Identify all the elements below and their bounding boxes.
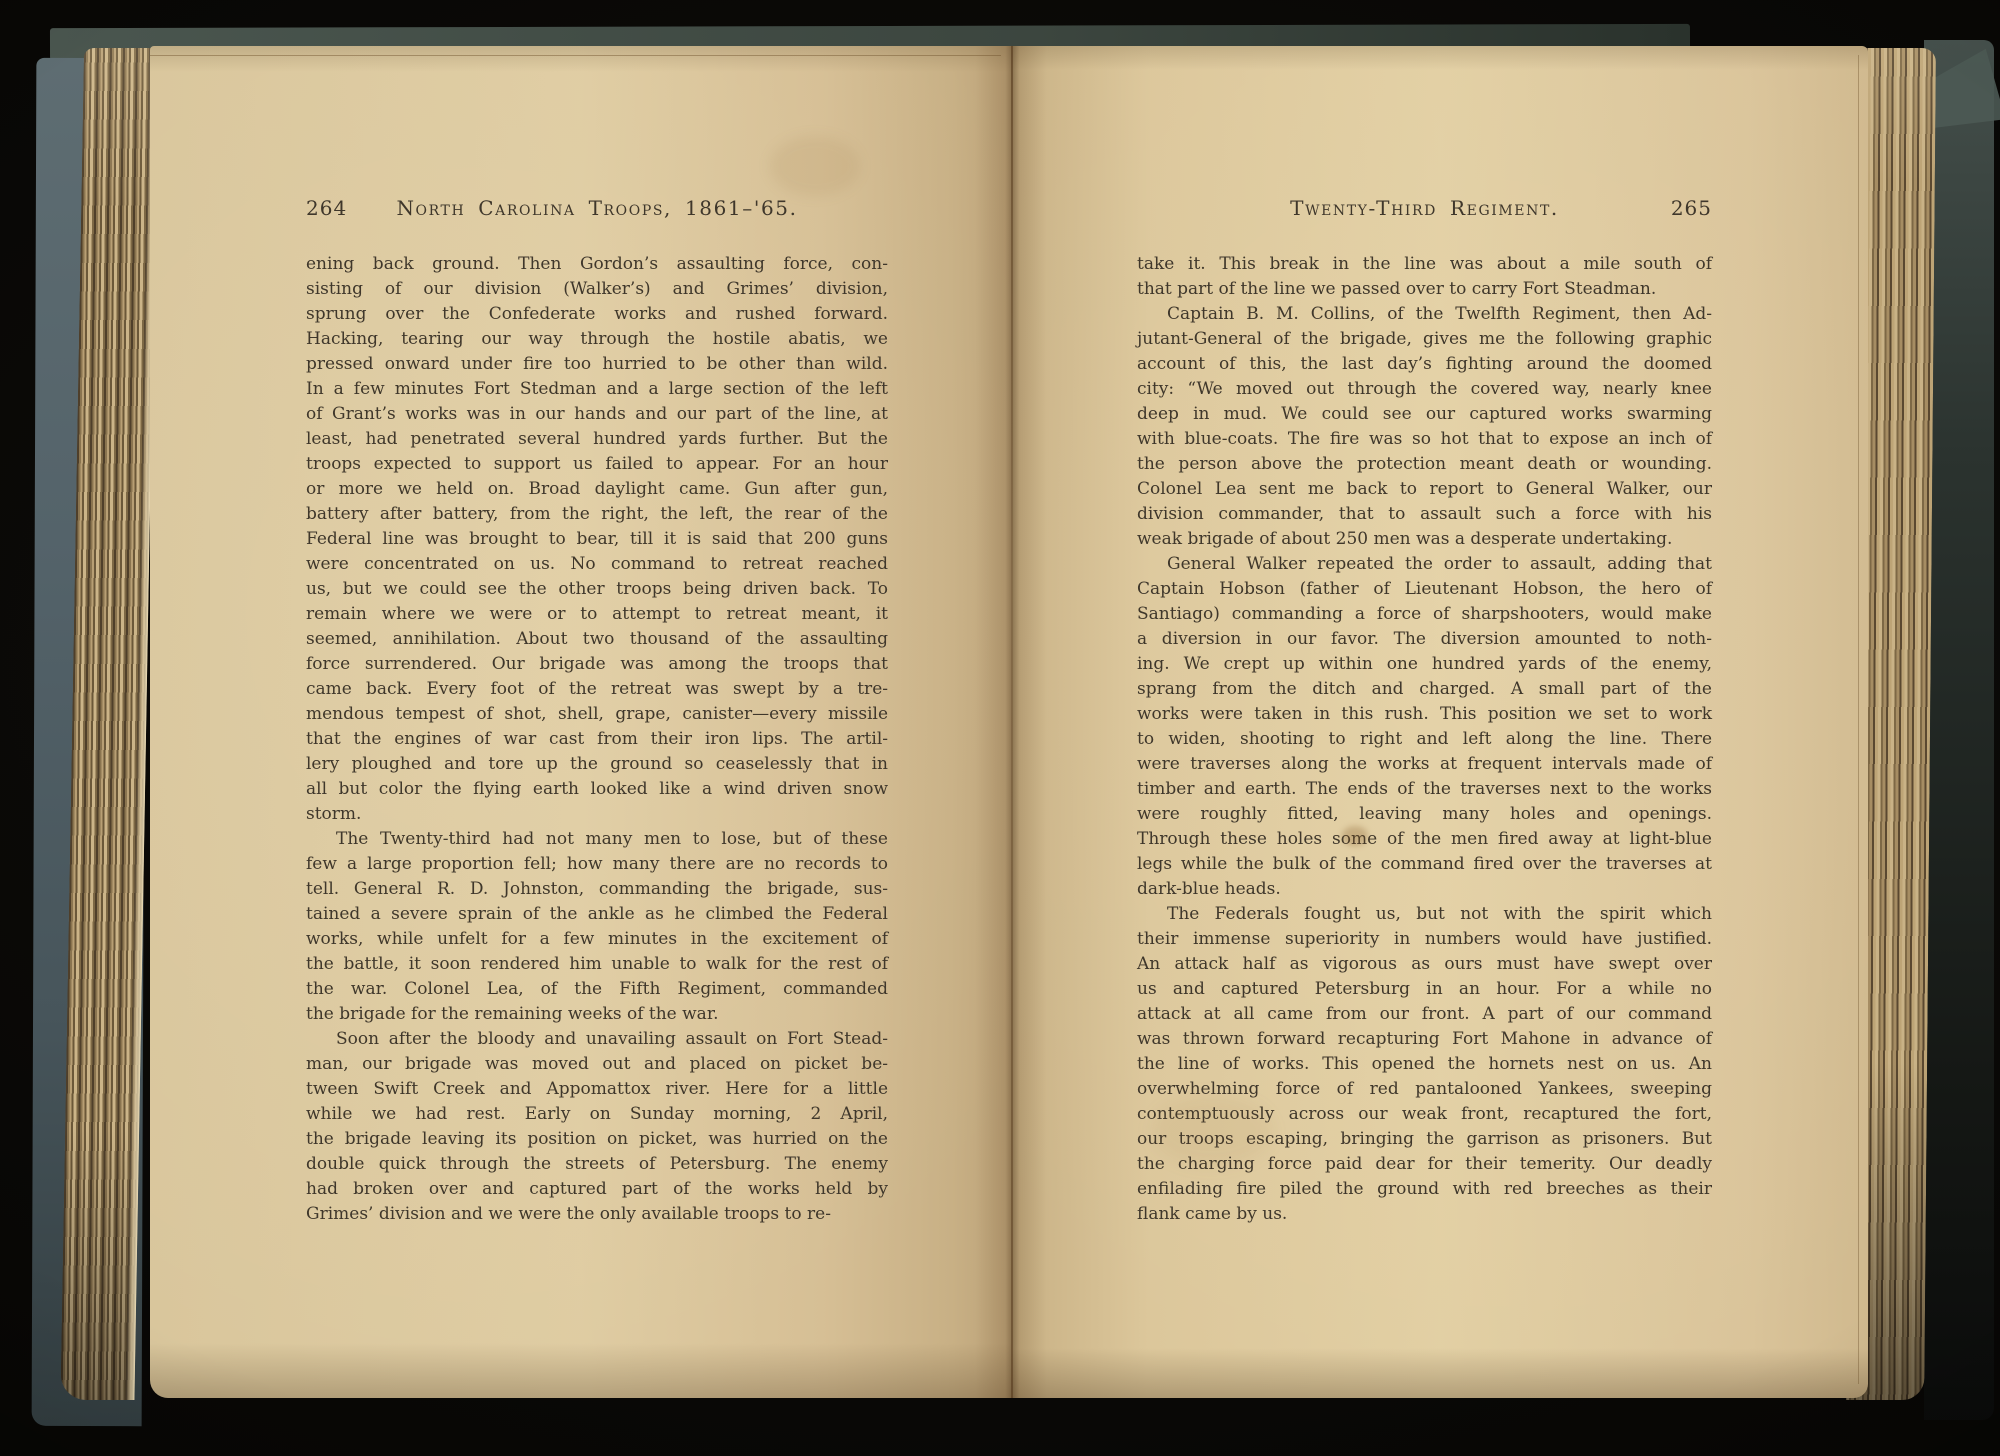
text-line: troops expected to support us failed to … <box>306 452 888 477</box>
text-line: the charging force paid dear for their t… <box>1137 1152 1712 1177</box>
text-line: pressed onward under fire too hurried to… <box>306 352 888 377</box>
text-line: flank came by us. <box>1137 1202 1712 1227</box>
left-page-header: 264 North Carolina Troops, 1861–'65. <box>306 196 888 230</box>
text-line: came back. Every foot of the retreat was… <box>306 677 888 702</box>
text-line: attack at all came from our front. A par… <box>1137 1002 1712 1027</box>
text-line: the battle, it soon rendered him unable … <box>306 952 888 977</box>
text-line: with blue-coats. The fire was so hot tha… <box>1137 427 1712 452</box>
page-stain <box>770 136 860 196</box>
text-line: overwhelming force of red pantalooned Ya… <box>1137 1077 1712 1102</box>
text-line: of Grant’s works was in our hands and ou… <box>306 402 888 427</box>
text-line: our troops escaping, bringing the garris… <box>1137 1127 1712 1152</box>
text-line: to widen, shooting to right and left alo… <box>1137 727 1712 752</box>
text-line: The Federals fought us, but not with the… <box>1137 902 1712 927</box>
book-photo: 264 North Carolina Troops, 1861–'65. eni… <box>0 0 2000 1456</box>
book-cover-right-board <box>1924 40 1994 1420</box>
text-line: Colonel Lea sent me back to report to Ge… <box>1137 477 1712 502</box>
text-line: Through these holes some of the men fire… <box>1137 827 1712 852</box>
text-line: The Twenty-third had not many men to los… <box>306 827 888 852</box>
text-line: few a large proportion fell; how many th… <box>306 852 888 877</box>
text-line: ing. We crept up within one hundred yard… <box>1137 652 1712 677</box>
right-page-header: Twenty-Third Regiment. 265 <box>1137 196 1712 230</box>
text-line: Captain Hobson (father of Lieutenant Hob… <box>1137 577 1712 602</box>
text-line: remain where we were or to attempt to re… <box>306 602 888 627</box>
text-line: a diversion in our favor. The diversion … <box>1137 627 1712 652</box>
text-line: contemptuously across our weak front, re… <box>1137 1102 1712 1127</box>
text-line: works, while unfelt for a few minutes in… <box>306 927 888 952</box>
text-line: legs while the bulk of the command fired… <box>1137 852 1712 877</box>
text-line: lery ploughed and tore up the ground so … <box>306 752 888 777</box>
text-line: that the engines of war cast from their … <box>306 727 888 752</box>
text-line: Federal line was brought to bear, till i… <box>306 527 888 552</box>
text-line: double quick through the streets of Pete… <box>306 1152 888 1177</box>
text-line: sprang from the ditch and charged. A sma… <box>1137 677 1712 702</box>
text-line: seemed, annihilation. About two thousand… <box>306 627 888 652</box>
text-line: enfilading fire piled the ground with re… <box>1137 1177 1712 1202</box>
text-line: the brigade for the remaining weeks of t… <box>306 1002 888 1027</box>
text-line: that part of the line we passed over to … <box>1137 277 1712 302</box>
text-line: jutant-General of the brigade, gives me … <box>1137 327 1712 352</box>
text-line: tween Swift Creek and Appomattox river. … <box>306 1077 888 1102</box>
text-line: us and captured Petersburg in an hour. F… <box>1137 977 1712 1002</box>
left-page-body: ening back ground. Then Gordon’s assault… <box>306 252 888 1227</box>
left-running-header: North Carolina Troops, 1861–'65. <box>306 196 888 220</box>
right-page: Twenty-Third Regiment. 265 take it. This… <box>1012 46 1868 1398</box>
text-line: In a few minutes Fort Stedman and a larg… <box>306 377 888 402</box>
text-line: General Walker repeated the order to ass… <box>1137 552 1712 577</box>
text-line: man, our brigade was moved out and place… <box>306 1052 888 1077</box>
text-line: the brigade leaving its position on pick… <box>306 1127 888 1152</box>
text-line: the war. Colonel Lea, of the Fifth Regim… <box>306 977 888 1002</box>
text-line: their immense superiority in numbers wou… <box>1137 927 1712 952</box>
text-line: An attack half as vigorous as ours must … <box>1137 952 1712 977</box>
text-line: least, had penetrated several hundred ya… <box>306 427 888 452</box>
text-line: take it. This break in the line was abou… <box>1137 252 1712 277</box>
text-line: was thrown forward recapturing Fort Maho… <box>1137 1027 1712 1052</box>
text-line: had broken over and captured part of the… <box>306 1177 888 1202</box>
text-line: division commander, that to assault such… <box>1137 502 1712 527</box>
text-line: or more we held on. Broad daylight came.… <box>306 477 888 502</box>
text-line: sisting of our division (Walker’s) and G… <box>306 277 888 302</box>
text-line: ening back ground. Then Gordon’s assault… <box>306 252 888 277</box>
text-line: tell. General R. D. Johnston, commanding… <box>306 877 888 902</box>
text-line: tained a severe sprain of the ankle as h… <box>306 902 888 927</box>
text-line: battery after battery, from the right, t… <box>306 502 888 527</box>
text-line: Grimes’ division and we were the only av… <box>306 1202 888 1227</box>
text-line: timber and earth. The ends of the traver… <box>1137 777 1712 802</box>
text-line: weak brigade of about 250 men was a desp… <box>1137 527 1712 552</box>
text-line: account of this, the last day’s fighting… <box>1137 352 1712 377</box>
text-line: were traverses along the works at freque… <box>1137 752 1712 777</box>
text-line: city: “We moved out through the covered … <box>1137 377 1712 402</box>
text-line: mendous tempest of shot, shell, grape, c… <box>306 702 888 727</box>
text-line: Soon after the bloody and unavailing ass… <box>306 1027 888 1052</box>
text-line: dark-blue heads. <box>1137 877 1712 902</box>
left-page: 264 North Carolina Troops, 1861–'65. eni… <box>150 46 1012 1398</box>
text-line: Hacking, tearing our way through the hos… <box>306 327 888 352</box>
text-line: Santiago) commanding a force of sharpsho… <box>1137 602 1712 627</box>
text-line: the line of works. This opened the horne… <box>1137 1052 1712 1077</box>
text-line: works were taken in this rush. This posi… <box>1137 702 1712 727</box>
text-line: while we had rest. Early on Sunday morni… <box>306 1102 888 1127</box>
right-running-header: Twenty-Third Regiment. <box>1137 196 1712 220</box>
right-page-body: take it. This break in the line was abou… <box>1137 252 1712 1227</box>
right-page-number: 265 <box>1671 196 1712 220</box>
left-page-number: 264 <box>306 196 347 220</box>
text-line: the person above the protection meant de… <box>1137 452 1712 477</box>
text-line: were concentrated on us. No command to r… <box>306 552 888 577</box>
text-line: Captain B. M. Collins, of the Twelfth Re… <box>1137 302 1712 327</box>
text-line: storm. <box>306 802 888 827</box>
text-line: were roughly fitted, leaving many holes … <box>1137 802 1712 827</box>
text-line: us, but we could see the other troops be… <box>306 577 888 602</box>
text-line: all but color the flying earth looked li… <box>306 777 888 802</box>
text-line: sprung over the Confederate works and ru… <box>306 302 888 327</box>
text-line: force surrendered. Our brigade was among… <box>306 652 888 677</box>
text-line: deep in mud. We could see our captured w… <box>1137 402 1712 427</box>
